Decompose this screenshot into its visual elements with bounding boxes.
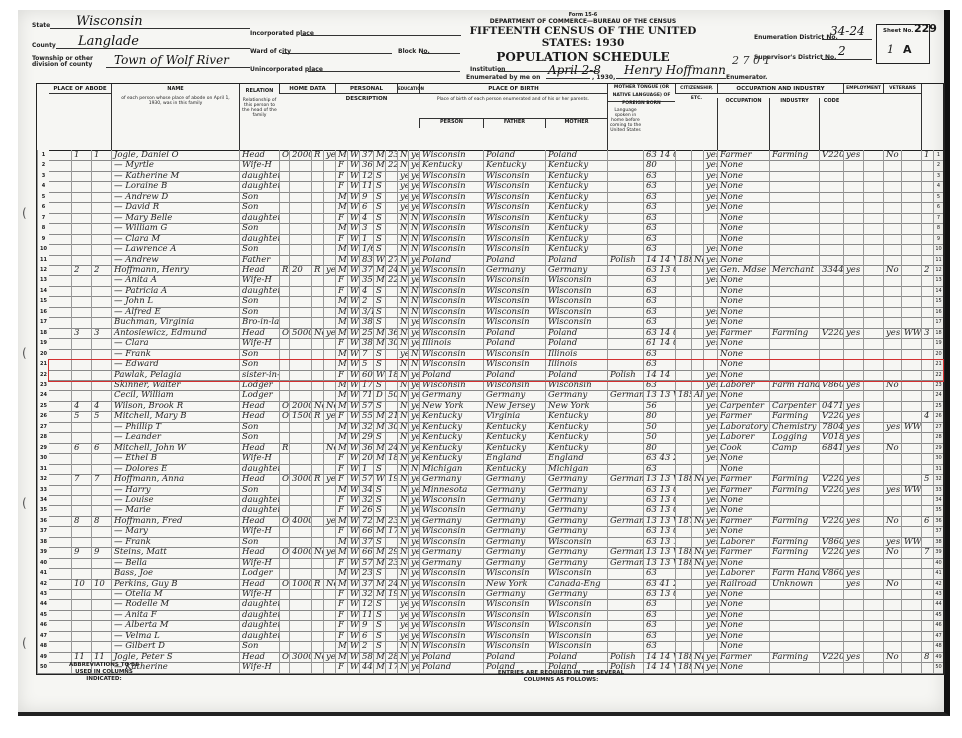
- cell-industry: Farming: [769, 411, 819, 421]
- cell-marital: S: [373, 620, 385, 630]
- cell-imm: 1883: [675, 558, 691, 568]
- cell-war: [901, 390, 921, 400]
- cell-name: — Patricia A: [111, 286, 239, 296]
- cell-read: yes: [408, 401, 419, 411]
- cell-read: No: [408, 244, 419, 254]
- cell-lang: [607, 296, 643, 306]
- cell-name: Hoffmann, Anna: [111, 474, 239, 484]
- cell-birth: Illinois: [419, 338, 483, 348]
- cell-imm: [675, 579, 691, 589]
- cell-father-birth: Germany: [483, 505, 545, 515]
- cell-imm: [675, 213, 691, 223]
- cell-sex: F: [335, 495, 347, 505]
- cell-lang: [607, 181, 643, 191]
- cell-industry: Farming: [769, 474, 819, 484]
- cell-vet: [883, 432, 901, 442]
- cell-eng: yes: [703, 631, 717, 641]
- cell-imm: [675, 150, 691, 160]
- cell-lang: Polish: [607, 370, 643, 380]
- cell-vet: [883, 181, 901, 191]
- cell-farm: yes: [323, 265, 335, 275]
- cell-read: yes: [408, 317, 419, 327]
- cell-eng: yes: [703, 547, 717, 557]
- cell-line: 7: [37, 213, 49, 223]
- cell-vet: No: [883, 265, 901, 275]
- cell-birth: Minnesota: [419, 485, 483, 495]
- cell-relation: Head: [239, 516, 279, 526]
- cell-eng: yes: [703, 160, 717, 170]
- cell-radio: [311, 432, 323, 442]
- cell-tenure: O: [279, 150, 289, 160]
- cell-occupation: None: [717, 370, 769, 380]
- cell-tenure: [279, 526, 289, 536]
- cell-age-mar: [385, 620, 397, 630]
- cell-father-birth: Germany: [483, 526, 545, 536]
- cell-family: 6: [91, 443, 111, 453]
- cell-mother-birth: Kentucky: [545, 443, 607, 453]
- cell-line: 29: [37, 443, 49, 453]
- cell-tenure: [279, 537, 289, 547]
- cell-marital: M: [373, 579, 385, 589]
- cell-vet: [883, 307, 901, 317]
- cell-farm: [323, 599, 335, 609]
- cell-tenure: [279, 380, 289, 390]
- cell-occ-code: V860: [819, 537, 843, 547]
- cell-eng: yes: [703, 265, 717, 275]
- cell-farm-sched: [921, 192, 933, 202]
- cell-sex: F: [335, 589, 347, 599]
- cell-lang: [607, 265, 643, 275]
- cell-war: [901, 192, 921, 202]
- cell-value: [289, 192, 311, 202]
- cell-dwelling: 1: [71, 150, 91, 160]
- cell-race: W: [347, 432, 359, 442]
- cell-imm: [675, 620, 691, 630]
- cell-father-birth: Kentucky: [483, 160, 545, 170]
- cell-nat: [691, 213, 703, 223]
- cell-family: [91, 244, 111, 254]
- cell-industry: Merchant: [769, 265, 819, 275]
- cell-line: 19: [37, 338, 49, 348]
- cell-code: 63 13 0: [643, 485, 675, 495]
- cell-nat: [691, 599, 703, 609]
- cell-mother-birth: Germany: [545, 495, 607, 505]
- cell-farm-sched: [921, 286, 933, 296]
- cell-birth: Wisconsin: [419, 244, 483, 254]
- cell-idle: [863, 516, 883, 526]
- cell-sex: M: [335, 328, 347, 338]
- cell-work: [843, 526, 863, 536]
- cell-tenure: [279, 255, 289, 265]
- cell-industry: [769, 160, 819, 170]
- cell-marital: S: [373, 349, 385, 359]
- cell-sex: F: [335, 558, 347, 568]
- cell-farm-sched: [921, 370, 933, 380]
- cell-work: yes: [843, 516, 863, 526]
- cell-birth: Wisconsin: [419, 380, 483, 390]
- cell-mother-birth: Wisconsin: [545, 317, 607, 327]
- cell-dwelling: [71, 275, 91, 285]
- cell-imm: [675, 338, 691, 348]
- cell-age: 38: [359, 338, 373, 348]
- cell-value: [289, 641, 311, 651]
- cell-value: [289, 599, 311, 609]
- cell-farm: yes: [323, 328, 335, 338]
- cell-code: 61 14 0: [643, 338, 675, 348]
- cell-tenure: [279, 349, 289, 359]
- cell-occ-code: [819, 213, 843, 223]
- cell-father-birth: Wisconsin: [483, 286, 545, 296]
- cell-school: No: [397, 526, 408, 536]
- cell-value: 2000: [289, 150, 311, 160]
- cell-work: [843, 610, 863, 620]
- cell-farm: [323, 160, 335, 170]
- cell-relation: Wife-H: [239, 589, 279, 599]
- cell-imm: 1880: [675, 255, 691, 265]
- cell-read: yes: [408, 265, 419, 275]
- cell-dwelling: [71, 255, 91, 265]
- cell-sex: F: [335, 234, 347, 244]
- cell-farm: yes: [323, 150, 335, 160]
- cell-race: W: [347, 485, 359, 495]
- cell-occupation: None: [717, 558, 769, 568]
- margin-punch-hole-icon: (: [22, 636, 27, 650]
- cell-name: — William G: [111, 223, 239, 233]
- cell-family: [91, 317, 111, 327]
- cell-family: [91, 171, 111, 181]
- cell-vet: [883, 171, 901, 181]
- cell-war: [901, 631, 921, 641]
- cell-industry: Logging: [769, 432, 819, 442]
- col-relation-desc: Relationship of this person to the head …: [240, 94, 279, 122]
- cell-imm: [675, 568, 691, 578]
- cell-nat: [691, 495, 703, 505]
- cell-eng: yes: [703, 317, 717, 327]
- cell-school: No: [397, 495, 408, 505]
- cell-work: [843, 213, 863, 223]
- cell-father-birth: Wisconsin: [483, 307, 545, 317]
- cell-father-birth: Germany: [483, 390, 545, 400]
- cell-tenure: R: [279, 443, 289, 453]
- cell-occ-code: [819, 453, 843, 463]
- cell-industry: [769, 453, 819, 463]
- cell-vet: [883, 620, 901, 630]
- cell-occ-code: [819, 171, 843, 181]
- cell-work: yes: [843, 422, 863, 432]
- col-birth-desc: Place of birth of each person enumerated…: [419, 94, 607, 118]
- cell-father-birth: New Jersey: [483, 401, 545, 411]
- cell-marital: S: [373, 307, 385, 317]
- cell-marital: S: [373, 317, 385, 327]
- cell-idle: [863, 380, 883, 390]
- cell-race: W: [347, 526, 359, 536]
- cell-race: W: [347, 610, 359, 620]
- cell-work: [843, 505, 863, 515]
- cell-occupation: None: [717, 286, 769, 296]
- cell-birth: Wisconsin: [419, 349, 483, 359]
- cell-radio: [311, 422, 323, 432]
- cell-marital: S: [373, 286, 385, 296]
- cell-school: yes: [397, 631, 408, 641]
- cell-nat: [691, 328, 703, 338]
- cell-vet: [883, 202, 901, 212]
- cell-imm: [675, 422, 691, 432]
- cell-tenure: [279, 610, 289, 620]
- cell-occupation: None: [717, 349, 769, 359]
- state-label: State: [32, 22, 50, 29]
- cell-father-birth: Wisconsin: [483, 380, 545, 390]
- cell-vet: [883, 401, 901, 411]
- cell-mother-birth: Germany: [545, 390, 607, 400]
- cell-occupation: None: [717, 255, 769, 265]
- cell-code: 13 13 V: [643, 558, 675, 568]
- cell-imm: [675, 453, 691, 463]
- cell-read: yes: [408, 370, 419, 380]
- cell-line: 40: [37, 558, 49, 568]
- cell-imm: [675, 610, 691, 620]
- cell-age: 37: [359, 150, 373, 160]
- cell-line: 24: [37, 390, 49, 400]
- cell-industry: [769, 171, 819, 181]
- cell-school: No: [397, 474, 408, 484]
- cell-farm: [323, 422, 335, 432]
- cell-lang: [607, 589, 643, 599]
- cell-lang: [607, 192, 643, 202]
- cell-name: — Frank: [111, 349, 239, 359]
- cell-war: [901, 181, 921, 191]
- cell-code: 63: [643, 171, 675, 181]
- cell-school: yes: [397, 171, 408, 181]
- cell-school: No: [397, 265, 408, 275]
- cell-name: — Leander: [111, 432, 239, 442]
- cell-code: 63 13 0: [643, 526, 675, 536]
- cell-father-birth: Germany: [483, 265, 545, 275]
- cell-work: [843, 464, 863, 474]
- township-label: Township or other division of county: [32, 56, 102, 68]
- cell-idle: [863, 432, 883, 442]
- cell-farm-sched: [921, 432, 933, 442]
- cell-marital: S: [373, 631, 385, 641]
- cell-idle: [863, 599, 883, 609]
- cell-work: yes: [843, 411, 863, 421]
- incorporated-line: [301, 23, 461, 36]
- cell-birth: Wisconsin: [419, 286, 483, 296]
- cell-age: 17: [359, 380, 373, 390]
- cell-school: No: [397, 558, 408, 568]
- cell-read: yes: [408, 579, 419, 589]
- cell-vet: No: [883, 380, 901, 390]
- cell-line: 18: [37, 328, 49, 338]
- cell-read: No: [408, 234, 419, 244]
- cell-tenure: [279, 422, 289, 432]
- department-name: DEPARTMENT OF COMMERCE—BUREAU OF THE CEN…: [443, 18, 723, 25]
- cell-read: yes: [408, 275, 419, 285]
- cell-father-birth: Wisconsin: [483, 568, 545, 578]
- cell-read: yes: [408, 390, 419, 400]
- cell-line: 33: [933, 485, 943, 495]
- cell-age: 55: [359, 411, 373, 421]
- cell-dwelling: [71, 202, 91, 212]
- cell-vet: [883, 474, 901, 484]
- cell-race: W: [347, 443, 359, 453]
- cell-radio: [311, 390, 323, 400]
- cell-read: yes: [408, 411, 419, 421]
- cell-relation: Son: [239, 244, 279, 254]
- cell-code: 80: [643, 411, 675, 421]
- cell-nat: [691, 422, 703, 432]
- cell-father-birth: Wisconsin: [483, 359, 545, 369]
- cell-imm: [675, 641, 691, 651]
- cell-relation: Son: [239, 537, 279, 547]
- cell-line: 44: [37, 599, 49, 609]
- cell-mother-birth: Kentucky: [545, 160, 607, 170]
- cell-family: [91, 213, 111, 223]
- cell-idle: [863, 349, 883, 359]
- cell-work: yes: [843, 568, 863, 578]
- cell-father-birth: Wisconsin: [483, 599, 545, 609]
- cell-tenure: [279, 589, 289, 599]
- cell-tenure: O: [279, 516, 289, 526]
- cell-name: — Lawrence A: [111, 244, 239, 254]
- cell-industry: Farm Hand: [769, 568, 819, 578]
- cell-line: 5: [933, 192, 943, 202]
- cell-age-mar: [385, 296, 397, 306]
- cell-nat: [691, 443, 703, 453]
- cell-line: 4: [933, 181, 943, 191]
- cell-farm-sched: 3: [921, 328, 933, 338]
- cell-farm: [323, 255, 335, 265]
- cell-mother-birth: Germany: [545, 474, 607, 484]
- cell-line: 9: [37, 234, 49, 244]
- cell-lang: [607, 307, 643, 317]
- cell-lang: Polish: [607, 255, 643, 265]
- cell-war: [901, 202, 921, 212]
- cell-birth: Wisconsin: [419, 568, 483, 578]
- cell-lang: [607, 411, 643, 421]
- cell-radio: [311, 641, 323, 651]
- cell-family: [91, 631, 111, 641]
- cell-radio: [311, 505, 323, 515]
- cell-war: [901, 234, 921, 244]
- cell-marital: M: [373, 265, 385, 275]
- cell-line: 20: [933, 349, 943, 359]
- cell-code: 63: [643, 286, 675, 296]
- cell-work: [843, 307, 863, 317]
- cell-work: [843, 192, 863, 202]
- cell-age-mar: [385, 610, 397, 620]
- cell-occ-code: [819, 202, 843, 212]
- cell-idle: [863, 213, 883, 223]
- cell-farm: yes: [323, 516, 335, 526]
- cell-industry: [769, 255, 819, 265]
- cell-family: [91, 223, 111, 233]
- enumerated-label: Enumerated by me on: [466, 74, 540, 81]
- cell-line: 48: [933, 641, 943, 651]
- cell-read: No: [408, 223, 419, 233]
- cell-code: 63: [643, 192, 675, 202]
- cell-value: 4000: [289, 547, 311, 557]
- cell-tenure: O: [279, 411, 289, 421]
- cell-tenure: O: [279, 401, 289, 411]
- cell-age: 12: [359, 599, 373, 609]
- cell-name: — Andrew: [111, 255, 239, 265]
- cell-mother-birth: Germany: [545, 526, 607, 536]
- cell-code: 63: [643, 317, 675, 327]
- cell-age-mar: [385, 202, 397, 212]
- cell-imm: [675, 234, 691, 244]
- cell-industry: Farming: [769, 547, 819, 557]
- cell-farm-sched: [921, 160, 933, 170]
- cell-sex: M: [335, 432, 347, 442]
- cell-eng: yes: [703, 370, 717, 380]
- cell-imm: 1873: [675, 516, 691, 526]
- cell-vet: [883, 370, 901, 380]
- cell-value: [289, 286, 311, 296]
- cell-race: W: [347, 411, 359, 421]
- cell-age-mar: [385, 432, 397, 442]
- cell-family: [91, 296, 111, 306]
- cell-imm: [675, 537, 691, 547]
- cell-nat: [691, 296, 703, 306]
- cell-read: yes: [408, 505, 419, 515]
- cell-relation: Son: [239, 192, 279, 202]
- cell-school: No: [397, 160, 408, 170]
- cell-dwelling: [71, 244, 91, 254]
- cell-tenure: [279, 485, 289, 495]
- cell-birth: New York: [419, 401, 483, 411]
- cell-sex: F: [335, 286, 347, 296]
- cell-birth: Germany: [419, 516, 483, 526]
- cell-radio: [311, 160, 323, 170]
- cell-sex: M: [335, 516, 347, 526]
- cell-mother-birth: Kentucky: [545, 171, 607, 181]
- cell-relation: Son: [239, 359, 279, 369]
- cell-line: 37: [37, 526, 49, 536]
- cell-occ-code: [819, 359, 843, 369]
- cell-read: yes: [408, 255, 419, 265]
- title-block: Form 15-6 DEPARTMENT OF COMMERCE—BUREAU …: [443, 12, 723, 64]
- cell-age-mar: 17: [385, 526, 397, 536]
- cell-race: W: [347, 202, 359, 212]
- cell-lang: [607, 641, 643, 651]
- cell-mother-birth: Kentucky: [545, 411, 607, 421]
- cell-industry: [769, 620, 819, 630]
- cell-value: [289, 453, 311, 463]
- cell-nat: Al: [691, 390, 703, 400]
- cell-line: 29: [933, 443, 943, 453]
- cell-read: yes: [408, 443, 419, 453]
- cell-nat: [691, 202, 703, 212]
- cell-radio: No: [311, 401, 323, 411]
- cell-work: [843, 223, 863, 233]
- cell-line: 2: [37, 160, 49, 170]
- cell-dwelling: 8: [71, 516, 91, 526]
- cell-nat: [691, 505, 703, 515]
- cell-code: 63: [643, 223, 675, 233]
- cell-idle: [863, 338, 883, 348]
- group-veterans: VETERANS: [883, 84, 921, 94]
- cell-farm: [323, 589, 335, 599]
- cell-sex: F: [335, 370, 347, 380]
- cell-vet: [883, 568, 901, 578]
- cell-school: No: [397, 568, 408, 578]
- cell-line: 22: [37, 370, 49, 380]
- cell-age: 57: [359, 558, 373, 568]
- cell-dwelling: [71, 213, 91, 223]
- cell-occ-code: 7804: [819, 422, 843, 432]
- cell-sex: M: [335, 568, 347, 578]
- cell-name: — John L: [111, 296, 239, 306]
